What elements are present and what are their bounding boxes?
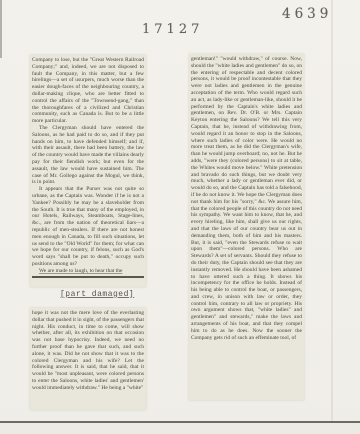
newspaper-clipping-right: gentleman!" "would withdraw," of course.… [189,54,304,400]
newspaper-clipping-left-upper: Company to lose, but the "Great Western … [30,55,146,287]
scan-left-edge-mark [0,0,2,58]
catalog-stamp-left: 17127 [142,22,203,37]
clipping-paragraph: The Clergyman should have entered the Sa… [32,125,144,186]
page-crease-line [331,0,333,422]
clipping-paragraph: Company to lose, but the "Great Western … [32,57,144,125]
clipping-paragraph: gentleman!" "would withdraw," of course.… [191,56,302,341]
scanned-album-page: 17127 4639 Company to lose, but the "Gre… [0,0,360,434]
scan-bottom-strip [0,423,360,434]
clipping-torn-last-line: We are made to laugh, to hear that the [32,268,144,278]
clipping-paragraph: hope it was not the mere love of the eve… [32,310,144,392]
catalog-stamp-right: 4639 [282,6,332,22]
typed-damage-annotation: [part damaged] [60,290,134,299]
newspaper-clipping-left-lower: hope it was not the mere love of the eve… [30,308,146,410]
clipping-paragraph: It appears that the Purser was not quite… [32,186,144,268]
